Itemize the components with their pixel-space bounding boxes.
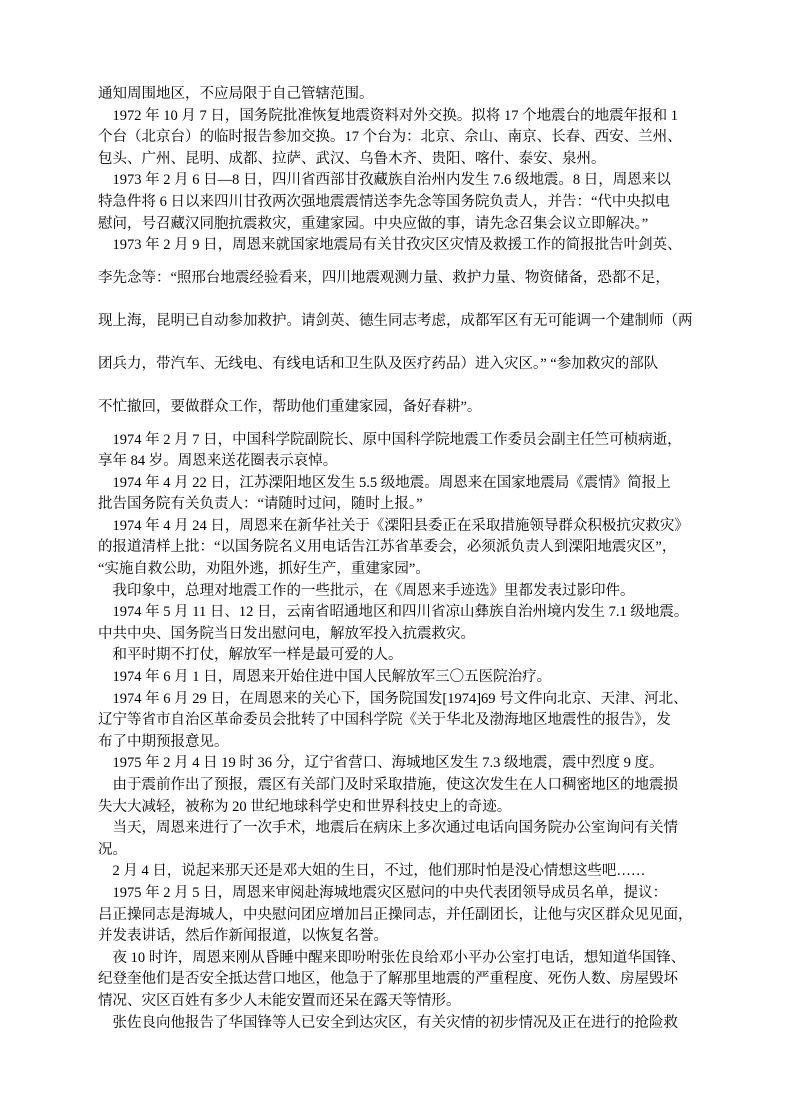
text-line: 夜 10 时许，周恩来刚从昏睡中醒来即吩咐张佐良给邓小平办公室打电话，想知道华国… [98, 948, 688, 970]
text-line: 包头、广州、昆明、成都、拉萨、武汉、乌鲁木齐、贵阳、喀什、泰安、泉州。 [98, 149, 688, 171]
text-line: 1974 年 6 月 1 日，周恩来开始住进中国人民解放军三〇五医院治疗。 [98, 667, 688, 689]
text-line: 现上海，昆明已自动参加救护。请剑英、德生同志考虑，成都军区有无可能调一个建制师（… [98, 300, 688, 343]
text-line: 由于震前作出了预报，震区有关部门及时采取措施，使这次发生在人口稠密地区的地震损 [98, 775, 688, 797]
text-line: “实施自救公助，劝阻外逃，抓好生产，重建家园”。 [98, 559, 688, 581]
text-line: 并发表讲话，然后作新闻报道，以恢复名誉。 [98, 926, 688, 948]
text-line: 1973 年 2 月 9 日，周恩来就国家地震局有关甘孜灾区灾情及救援工作的简报… [98, 235, 688, 257]
text-line: 不忙撤回，要做群众工作，帮助他们重建家园，备好春耕”。 [98, 386, 688, 429]
text-line: 1974 年 6 月 29 日，在周恩来的关心下，国务院国发[1974]69 号… [98, 689, 688, 711]
text-line: 1974 年 5 月 11 日、12 日，云南省昭通地区和四川省凉山彝族自治州境… [98, 602, 688, 624]
text-line: 我印象中，总理对地震工作的一些批示，在《周恩来手迹选》里都发表过影印件。 [98, 581, 688, 603]
text-line: 布了中期预报意见。 [98, 732, 688, 754]
text-line: 1975 年 2 月 5 日，周恩来审阅赴海城地震灾区慰问的中央代表团领导成员名… [98, 883, 688, 905]
text-line: 通知周围地区，不应局限于自己管辖范围。 [98, 84, 688, 106]
text-line: 1974 年 4 月 22 日，江苏溧阳地区发生 5.5 级地震。周恩来在国家地… [98, 473, 688, 495]
text-line: 享年 84 岁。周恩来送花圈表示哀悼。 [98, 451, 688, 473]
text-line: 个台（北京台）的临时报告参加交换。17 个台为：北京、佘山、南京、长春、西安、兰… [98, 127, 688, 149]
text-line: 吕正操同志是海城人，中央慰问团应增加吕正操同志，并任副团长，让他与灾区群众见见面… [98, 905, 688, 927]
text-line: 1975 年 2 月 4 日 19 时 36 分，辽宁省营口、海城地区发生 7.… [98, 753, 688, 775]
text-line: 1972 年 10 月 7 日，国务院批准恢复地震资料对外交换。拟将 17 个地… [98, 106, 688, 128]
text-line: 和平时期不打仗，解放军一样是最可爱的人。 [98, 645, 688, 667]
text-line: 张佐良向他报告了华国锋等人已安全到达灾区，有关灾情的初步情况及正在进行的抢险救 [98, 1013, 688, 1035]
text-line: 中共中央、国务院当日发出慰问电，解放军投入抗震救灾。 [98, 624, 688, 646]
text-line: 1973 年 2 月 6 日—8 日，四川省西部甘孜藏族自治州内发生 7.6 级… [98, 170, 688, 192]
text-line: 李先念等：“照邢台地震经验看来，四川地震观测力量、救护力量、物资储备，恐都不足， [98, 257, 688, 300]
text-line: 辽宁等省市自治区革命委员会批转了中国科学院《关于华北及渤海地区地震性的报告》，发 [98, 710, 688, 732]
text-line: 失大大减轻，被称为 20 世纪地球科学史和世界科技史上的奇迹。 [98, 797, 688, 819]
text-line: 批告国务院有关负责人：“请随时过问，随时上报。” [98, 494, 688, 516]
text-line: 情况、灾区百姓有多少人未能安置而还呆在露天等情形。 [98, 991, 688, 1013]
text-line: 当天，周恩来进行了一次手术，地震后在病床上多次通过电话向国务院办公室询问有关情 [98, 818, 688, 840]
text-line: 团兵力，带汽车、无线电、有线电话和卫生队及医疗药品）进入灾区。” “参加救灾的部… [98, 343, 688, 386]
text-line: 1974 年 2 月 7 日，中国科学院副院长、原中国科学院地震工作委员会副主任… [98, 430, 688, 452]
text-block: 通知周围地区，不应局限于自己管辖范围。1972 年 10 月 7 日，国务院批准… [98, 84, 688, 1034]
text-line: 纪登奎他们是否安全抵达营口地区，他急于了解那里地震的严重程度、死伤人数、房屋毁坏 [98, 969, 688, 991]
text-line: 慰问，号召藏汉同胞抗震救灾，重建家园。中央应做的事，请先念召集会议立即解决。” [98, 214, 688, 236]
text-line: 的报道清样上批：“以国务院名义用电话告江苏省革委会，必须派负责人到溧阳地震灾区”… [98, 537, 688, 559]
text-line: 况。 [98, 840, 688, 862]
text-line: 2 月 4 日，说起来那天还是邓大姐的生日，不过，他们那时怕是没心情想这些吧…… [98, 861, 688, 883]
document-page: 通知周围地区，不应局限于自己管辖范围。1972 年 10 月 7 日，国务院批准… [0, 0, 800, 1100]
text-line: 1974 年 4 月 24 日，周恩来在新华社关于《溧阳县委正在采取措施领导群众… [98, 516, 688, 538]
text-line: 特急件将 6 日以来四川甘孜两次强地震震情送李先念等国务院负责人，并告：“代中央… [98, 192, 688, 214]
